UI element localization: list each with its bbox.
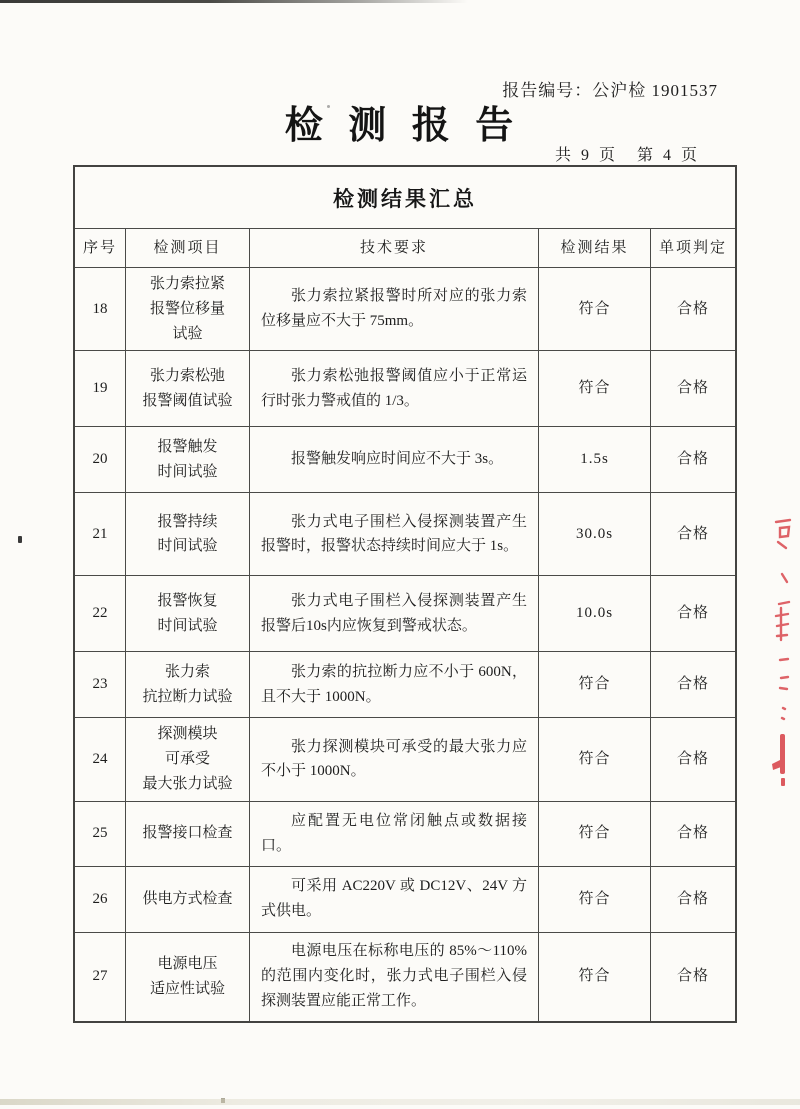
cell-requirement: 张力式电子围栏入侵探测装置产生报警后10s内应恢复到警戒状态。 xyxy=(250,576,539,651)
riding-seal-stamp-fragments xyxy=(768,512,794,787)
table-header-row: 序号 检测项目 技术要求 检测结果 单项判定 xyxy=(75,229,735,268)
cell-judgment: 合格 xyxy=(651,427,735,492)
requirement-text: 张力式电子围栏入侵探测装置产生报警后10s内应恢复到警戒状态。 xyxy=(254,589,534,639)
table-row: 18 张力索拉紧 报警位移量 试验 张力索拉紧报警时所对应的张力索位移量应不大于… xyxy=(75,268,735,351)
table-row: 20 报警触发 时间试验 报警触发响应时间应不大于 3s。 1.5s 合格 xyxy=(75,427,735,493)
cell-no: 26 xyxy=(75,867,126,932)
cell-requirement: 张力索松弛报警阈值应小于正常运行时张力警戒值的 1/3。 xyxy=(250,351,539,426)
requirement-text: 张力索拉紧报警时所对应的张力索位移量应不大于 75mm。 xyxy=(254,284,534,334)
cell-no: 24 xyxy=(75,718,126,800)
cell-requirement: 张力索的抗拉断力应不小于 600N，且不大于 1000N。 xyxy=(250,652,539,717)
table-row: 21 报警持续 时间试验 张力式电子围栏入侵探测装置产生报警时，报警状态持续时间… xyxy=(75,493,735,576)
cell-result: 符合 xyxy=(539,652,651,717)
cell-requirement: 张力探测模块可承受的最大张力应不小于 1000N。 xyxy=(250,718,539,800)
cell-item: 报警恢复 时间试验 xyxy=(126,576,250,651)
scan-edge-artifact-top xyxy=(0,0,600,3)
requirement-text: 张力索的抗拉断力应不小于 600N，且不大于 1000N。 xyxy=(254,660,534,710)
table-row: 26 供电方式检查 可采用 AC220V 或 DC12V、24V 方式供电。 符… xyxy=(75,867,735,933)
cell-requirement: 张力索拉紧报警时所对应的张力索位移量应不大于 75mm。 xyxy=(250,268,539,350)
cell-item: 供电方式检查 xyxy=(126,867,250,932)
cell-no: 23 xyxy=(75,652,126,717)
cell-item: 报警接口检查 xyxy=(126,802,250,866)
table-row: 23 张力索 抗拉断力试验 张力索的抗拉断力应不小于 600N，且不大于 100… xyxy=(75,652,735,718)
cell-no: 18 xyxy=(75,268,126,350)
cell-item: 张力索 抗拉断力试验 xyxy=(126,652,250,717)
cell-result: 符合 xyxy=(539,351,651,426)
cell-result: 符合 xyxy=(539,718,651,800)
cell-no: 22 xyxy=(75,576,126,651)
results-table: 检测结果汇总 序号 检测项目 技术要求 检测结果 单项判定 18 张力索拉紧 报… xyxy=(73,165,737,1023)
cell-judgment: 合格 xyxy=(651,802,735,866)
column-header-judgment: 单项判定 xyxy=(651,229,735,267)
page-number-info: 共 9 页 第 4 页 xyxy=(555,142,700,165)
report-page: 报告编号：公沪检 1901537 检 测 报 告 共 9 页 第 4 页 检测结… xyxy=(0,0,800,1109)
scan-speck xyxy=(18,536,22,543)
scan-edge-artifact-bottom xyxy=(0,1099,800,1105)
cell-item: 报警触发 时间试验 xyxy=(126,427,250,492)
cell-requirement: 电源电压在标称电压的 85%～110%的范围内变化时，张力式电子围栏入侵探测装置… xyxy=(250,933,539,1021)
cell-result: 1.5s xyxy=(539,427,651,492)
cell-judgment: 合格 xyxy=(651,493,735,575)
cell-item: 报警持续 时间试验 xyxy=(126,493,250,575)
column-header-item: 检测项目 xyxy=(126,229,250,267)
cell-item: 张力索拉紧 报警位移量 试验 xyxy=(126,268,250,350)
table-row: 27 电源电压 适应性试验 电源电压在标称电压的 85%～110%的范围内变化时… xyxy=(75,933,735,1021)
requirement-text: 可采用 AC220V 或 DC12V、24V 方式供电。 xyxy=(254,874,534,924)
cell-judgment: 合格 xyxy=(651,933,735,1021)
cell-requirement: 可采用 AC220V 或 DC12V、24V 方式供电。 xyxy=(250,867,539,932)
cell-item: 电源电压 适应性试验 xyxy=(126,933,250,1021)
table-row: 19 张力索松弛 报警阈值试验 张力索松弛报警阈值应小于正常运行时张力警戒值的 … xyxy=(75,351,735,427)
table-title: 检测结果汇总 xyxy=(75,167,735,229)
cell-result: 符合 xyxy=(539,867,651,932)
cell-judgment: 合格 xyxy=(651,718,735,800)
cell-result: 符合 xyxy=(539,268,651,350)
table-row: 24 探测模块 可承受 最大张力试验 张力探测模块可承受的最大张力应不小于 10… xyxy=(75,718,735,801)
table-row: 22 报警恢复 时间试验 张力式电子围栏入侵探测装置产生报警后10s内应恢复到警… xyxy=(75,576,735,652)
column-header-requirement: 技术要求 xyxy=(250,229,539,267)
cell-requirement: 张力式电子围栏入侵探测装置产生报警时，报警状态持续时间应大于 1s。 xyxy=(250,493,539,575)
cell-judgment: 合格 xyxy=(651,351,735,426)
requirement-text: 张力索松弛报警阈值应小于正常运行时张力警戒值的 1/3。 xyxy=(254,364,534,414)
cell-judgment: 合格 xyxy=(651,652,735,717)
cell-judgment: 合格 xyxy=(651,576,735,651)
cell-no: 27 xyxy=(75,933,126,1021)
cell-no: 20 xyxy=(75,427,126,492)
cell-requirement: 报警触发响应时间应不大于 3s。 xyxy=(250,427,539,492)
cell-judgment: 合格 xyxy=(651,867,735,932)
cell-requirement: 应配置无电位常闭触点或数据接口。 xyxy=(250,802,539,866)
cell-result: 10.0s xyxy=(539,576,651,651)
page-title: 检 测 报 告 xyxy=(0,94,800,149)
requirement-text: 张力式电子围栏入侵探测装置产生报警时，报警状态持续时间应大于 1s。 xyxy=(254,510,534,560)
table-row: 25 报警接口检查 应配置无电位常闭触点或数据接口。 符合 合格 xyxy=(75,802,735,867)
requirement-text: 张力探测模块可承受的最大张力应不小于 1000N。 xyxy=(254,735,534,785)
cell-judgment: 合格 xyxy=(651,268,735,350)
cell-result: 符合 xyxy=(539,802,651,866)
requirement-text: 应配置无电位常闭触点或数据接口。 xyxy=(254,809,534,859)
cell-result: 30.0s xyxy=(539,493,651,575)
cell-item: 探测模块 可承受 最大张力试验 xyxy=(126,718,250,800)
cell-no: 25 xyxy=(75,802,126,866)
cell-item: 张力索松弛 报警阈值试验 xyxy=(126,351,250,426)
cell-result: 符合 xyxy=(539,933,651,1021)
column-header-no: 序号 xyxy=(75,229,126,267)
requirement-text: 电源电压在标称电压的 85%～110%的范围内变化时，张力式电子围栏入侵探测装置… xyxy=(254,939,534,1013)
column-header-result: 检测结果 xyxy=(539,229,651,267)
cell-no: 19 xyxy=(75,351,126,426)
cell-no: 21 xyxy=(75,493,126,575)
requirement-text: 报警触发响应时间应不大于 3s。 xyxy=(254,447,534,472)
